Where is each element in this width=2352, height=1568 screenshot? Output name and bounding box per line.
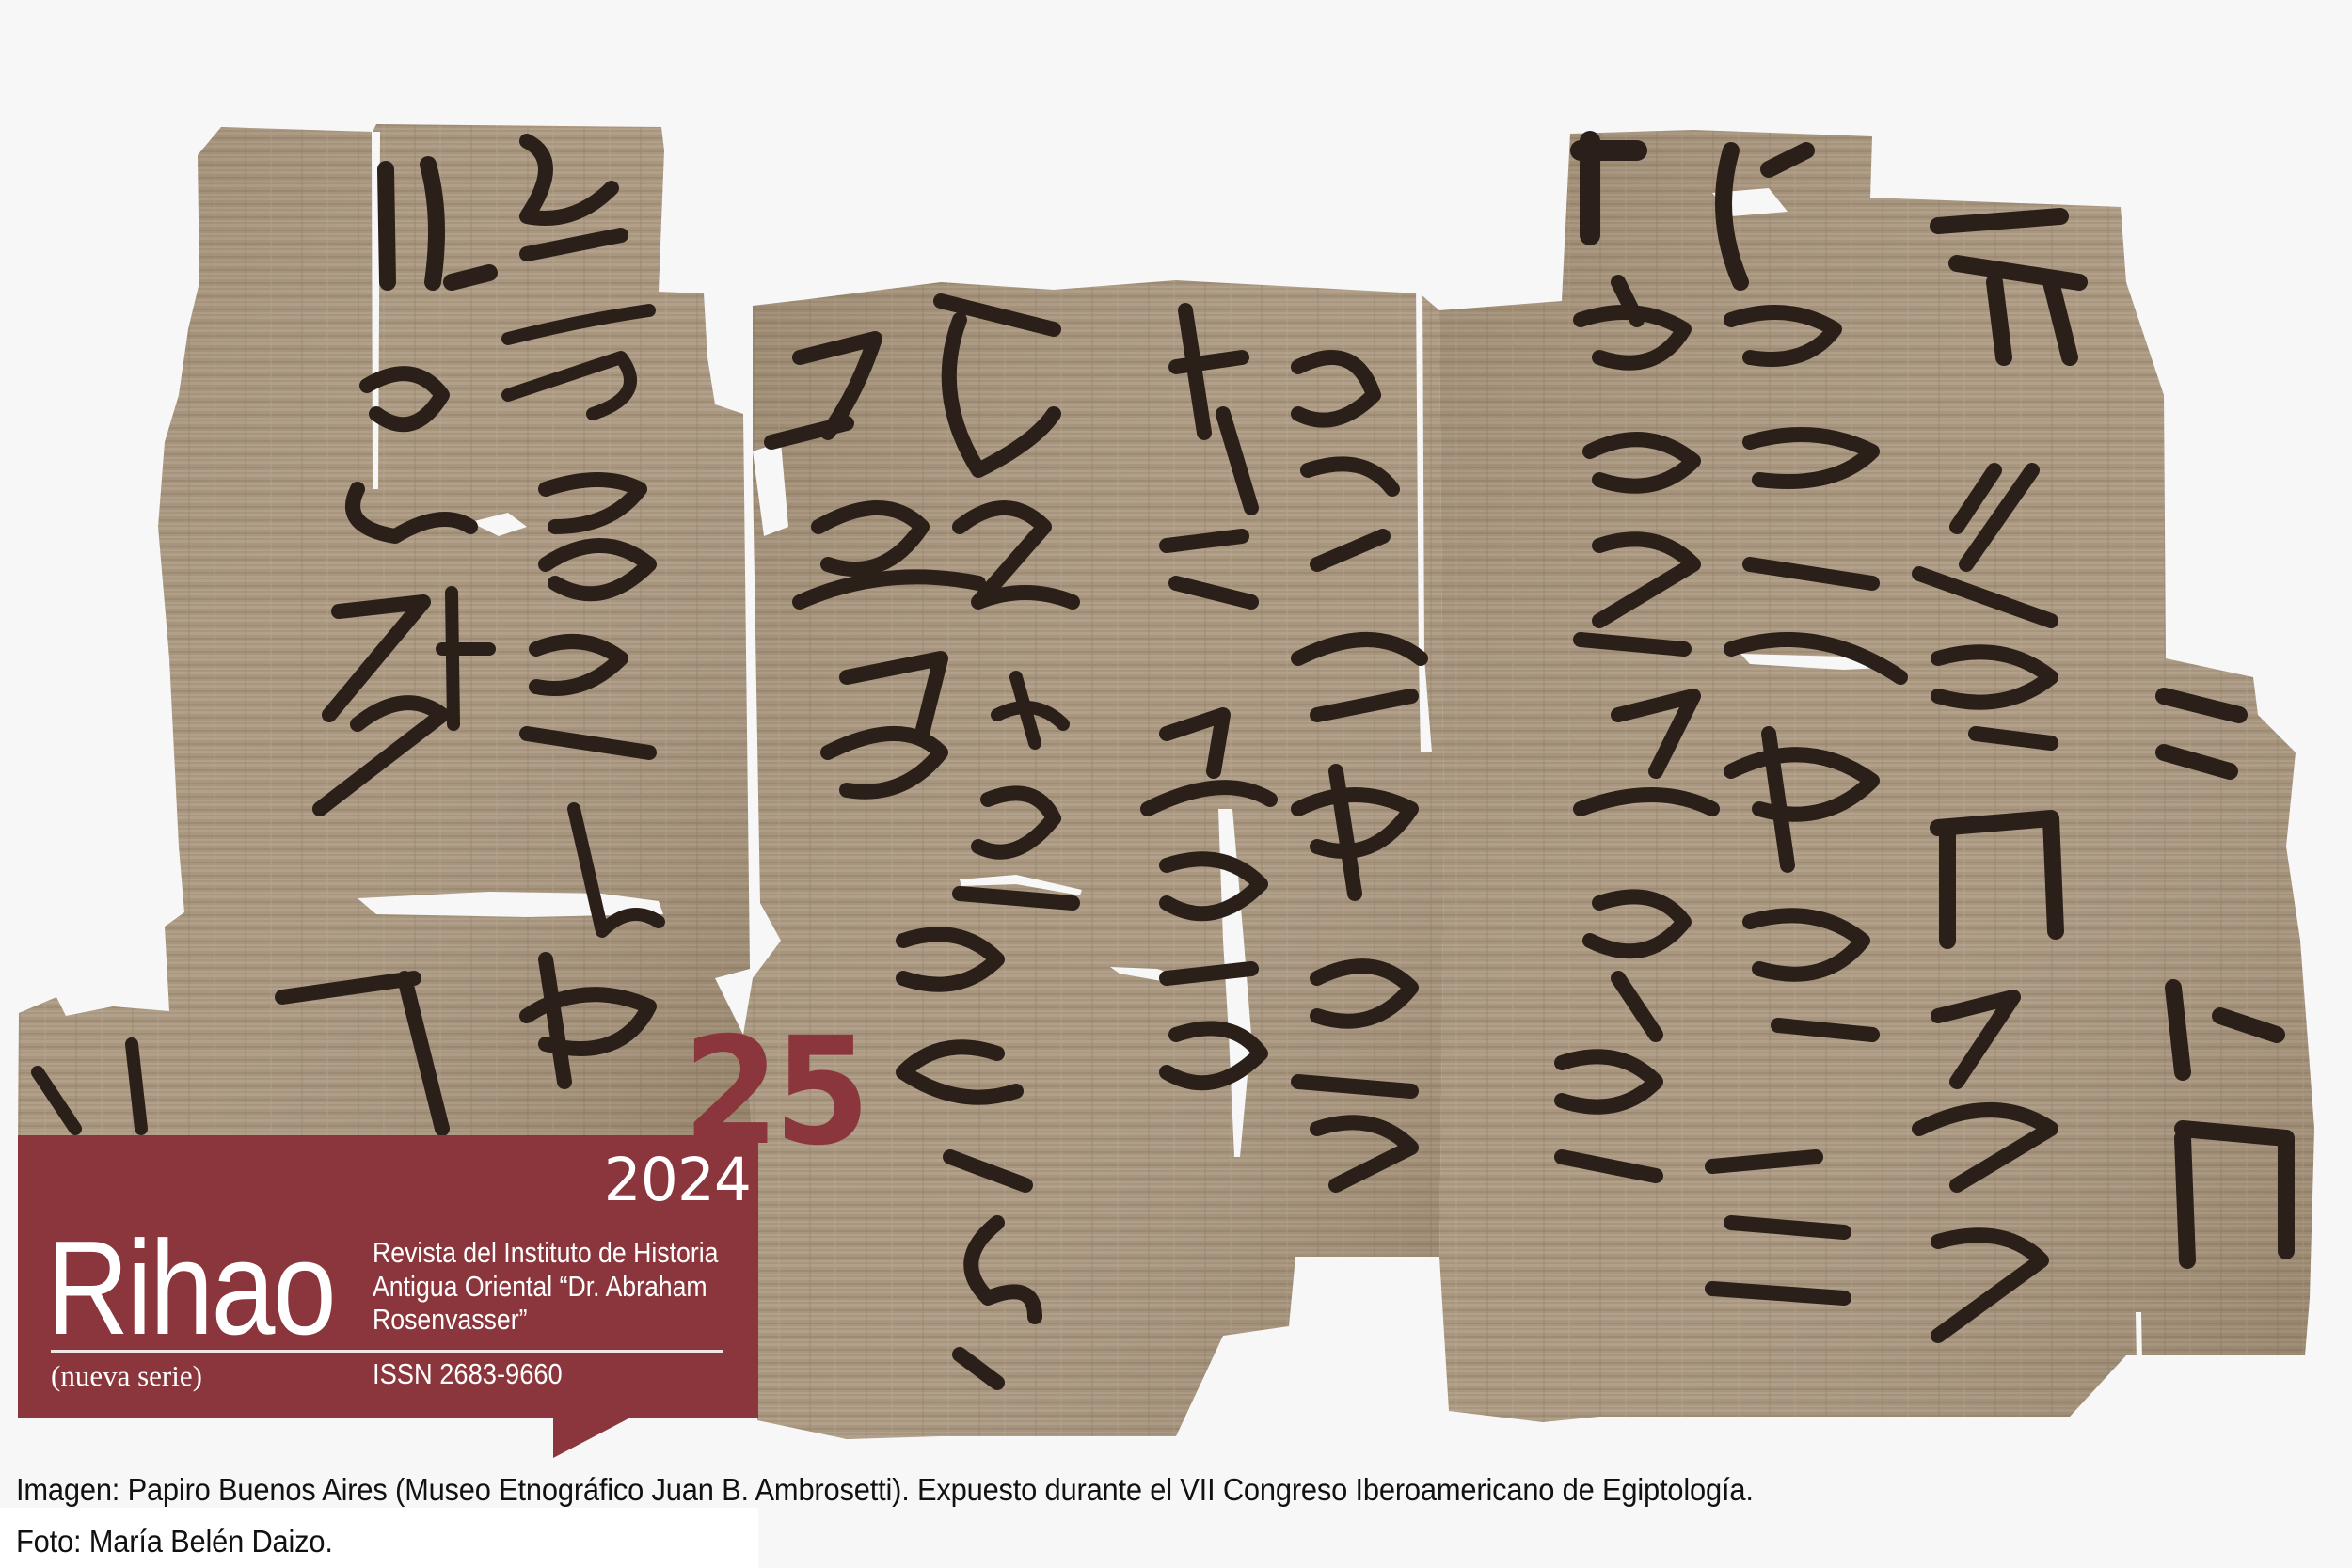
subtitle-line: Revista del Instituto de Historia <box>373 1236 696 1270</box>
issue-year: 2024 <box>604 1150 751 1210</box>
journal-logo: Rihao <box>46 1222 334 1355</box>
subtitle-line: Antigua Oriental “Dr. Abraham <box>373 1270 696 1304</box>
badge-divider <box>51 1350 723 1353</box>
papyrus-fragment-middle <box>743 280 1444 1439</box>
journal-subtitle: Revista del Instituto de Historia Antigu… <box>373 1236 696 1337</box>
image-caption: Imagen: Papiro Buenos Aires (Museo Etnog… <box>16 1474 1754 1505</box>
photo-credit: Foto: María Belén Daizo. <box>16 1526 333 1557</box>
issn-label: ISSN 2683-9660 <box>373 1359 563 1388</box>
series-label: (nueva serie) <box>51 1361 202 1390</box>
journal-badge: 2024 Rihao Revista del Instituto de Hist… <box>18 1135 758 1418</box>
subtitle-line: Rosenvasser” <box>373 1303 696 1337</box>
